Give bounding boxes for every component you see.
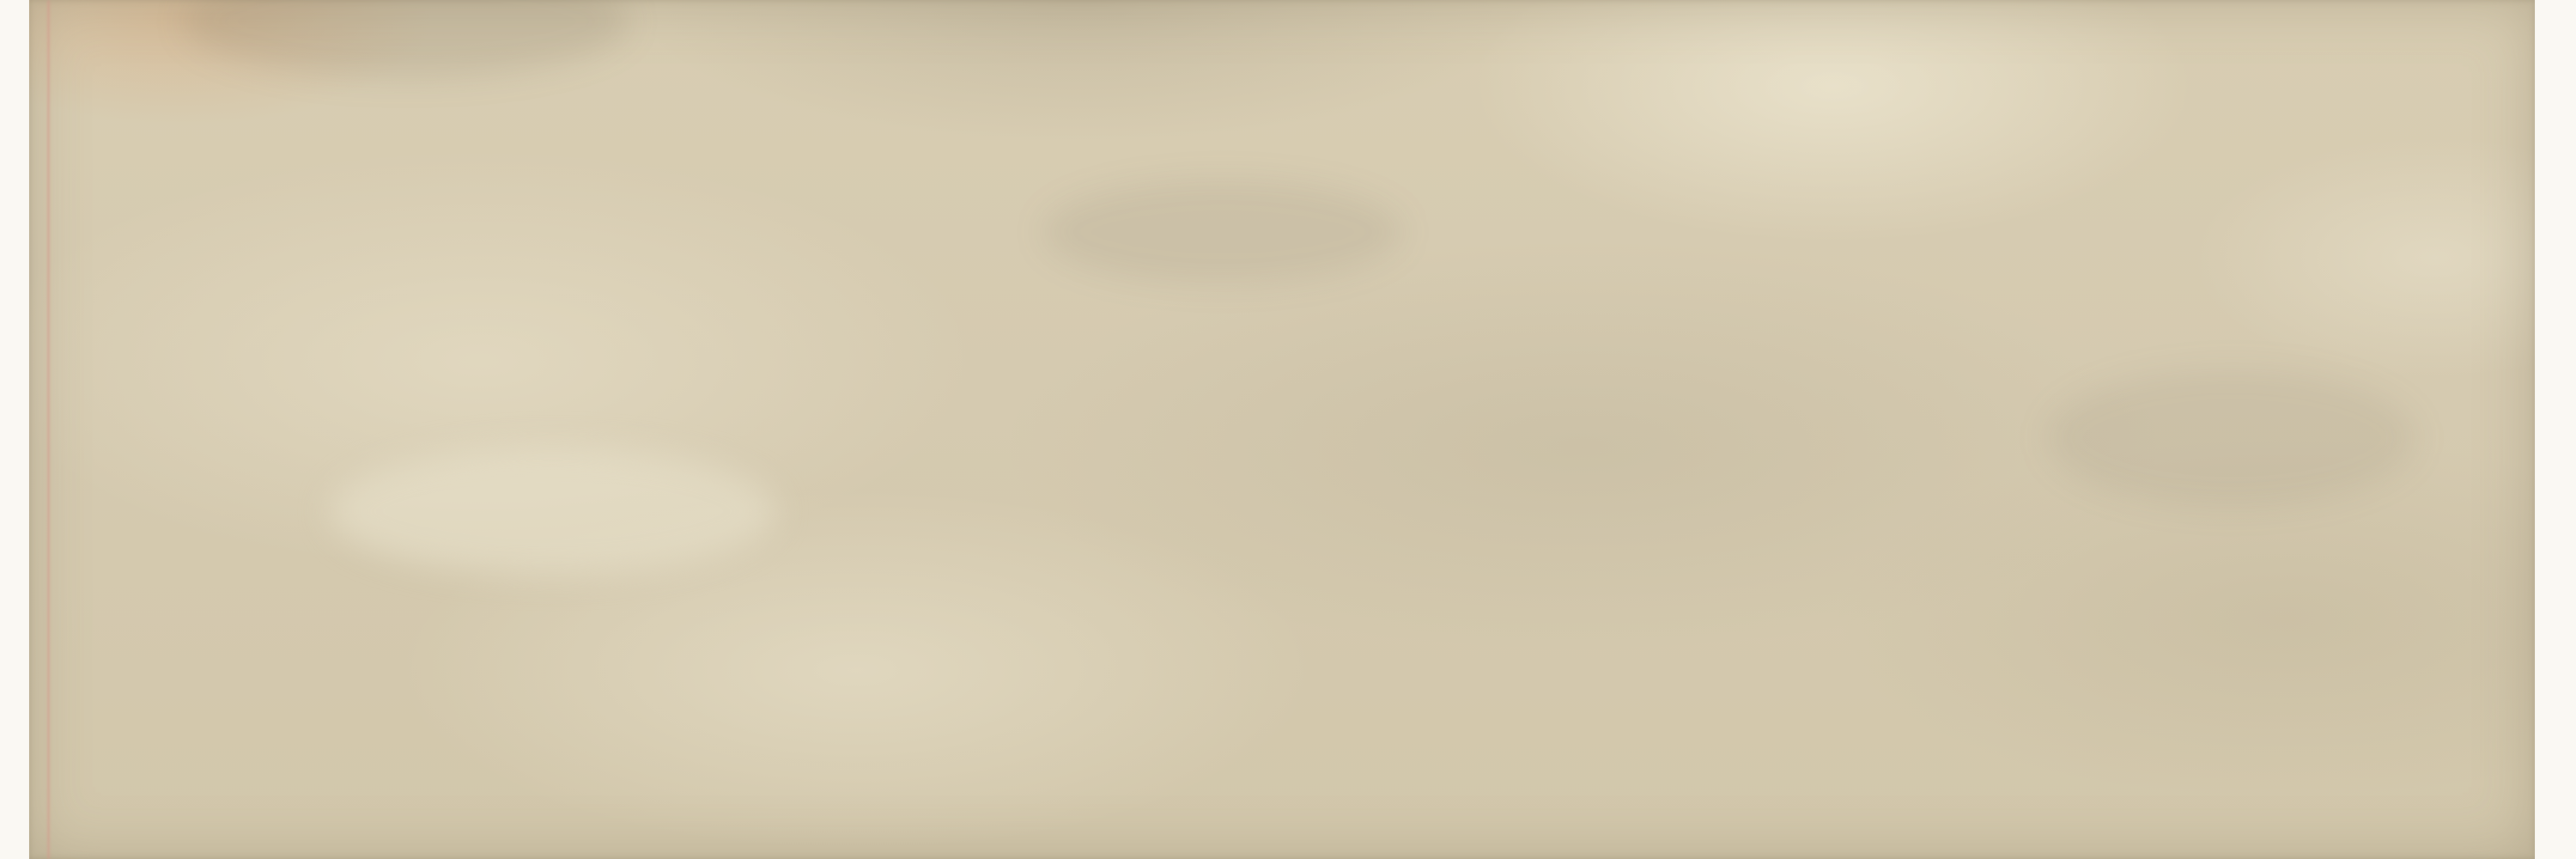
paper-stain — [2047, 369, 2416, 507]
margin-line — [47, 0, 50, 859]
letter-scan — [0, 0, 2576, 859]
paper-stain — [330, 447, 776, 576]
paper-stain — [1042, 180, 1403, 283]
letter-paper — [29, 0, 2535, 859]
paper-stain — [184, 0, 630, 77]
